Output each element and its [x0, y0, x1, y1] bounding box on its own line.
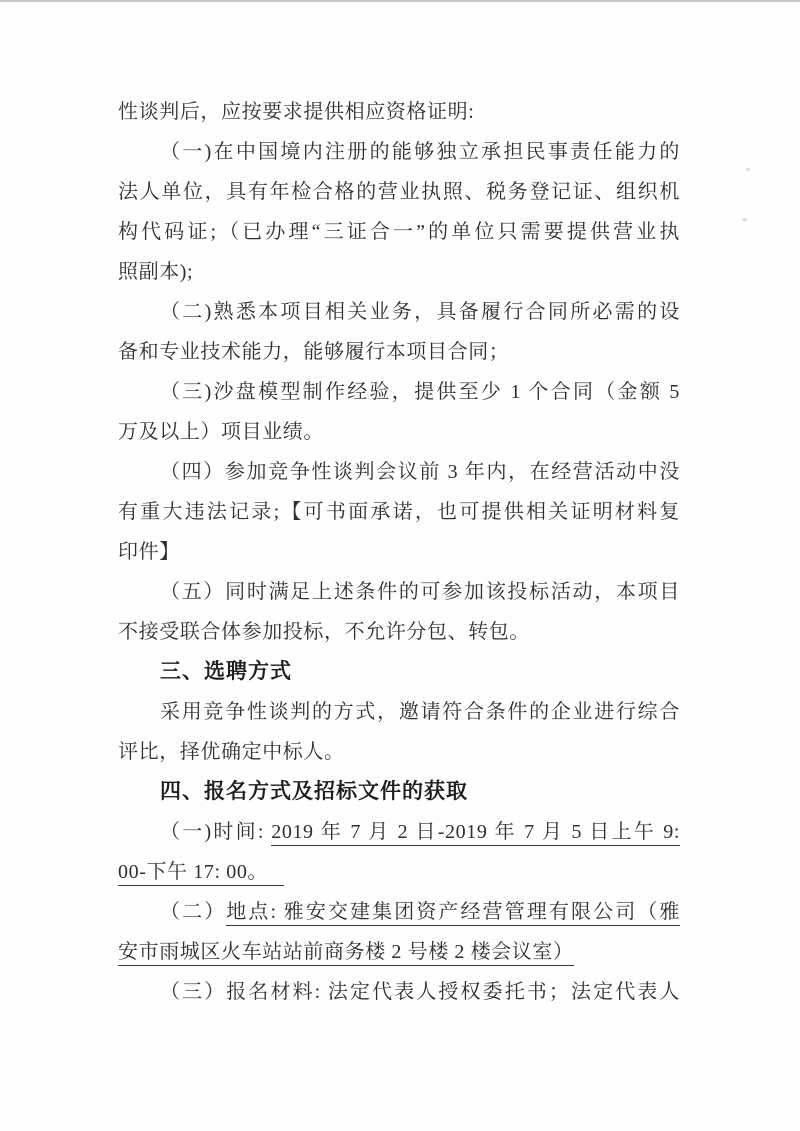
text-segment: （一)时间: [160, 821, 271, 843]
text-segment: （三)沙盘模型制作经验，提供至少 1 个合同（金额 5 [160, 381, 680, 403]
text-line: （二)熟悉本项目相关业务，具备履行合同所必需的设 [118, 292, 680, 332]
text-segment: 备和专业技术能力，能够履行本项目合同； [118, 341, 509, 363]
text-segment: 采用竞争性谈判的方式，邀请符合条件的企业进行综合 [160, 701, 680, 723]
document-body: 性谈判后，应按要求提供相应资格证明:（一)在中国境内注册的能够独立承担民事责任能… [118, 92, 680, 1012]
underlined-text-segment: 地点: 雅安交建集团资产经营管理有限公司（雅 [226, 901, 680, 926]
text-line: 万及以上）项目业绩。 [118, 412, 680, 452]
text-line: 00-下午 17: 00。 [118, 852, 680, 892]
text-segment: 法人单位，具有年检合格的营业执照、税务登记证、组织机 [118, 181, 680, 203]
text-segment: （一)在中国境内注册的能够独立承担民事责任能力的 [160, 141, 680, 163]
text-segment: 印件】 [118, 541, 180, 563]
text-line: 印件】 [118, 532, 680, 572]
underlined-text-segment: 2019 年 7 月 2 日-2019 年 7 月 5 日上午 9: [271, 821, 680, 846]
text-segment: （四）参加竞争性谈判会议前 3 年内，在经营活动中没 [160, 461, 680, 483]
text-line: （三)沙盘模型制作经验，提供至少 1 个合同（金额 5 [118, 372, 680, 412]
text-segment: 万及以上）项目业绩。 [118, 421, 324, 443]
text-segment: 四、报名方式及招标文件的获取 [160, 780, 468, 803]
text-line: （一)在中国境内注册的能够独立承担民事责任能力的 [118, 132, 680, 172]
section-heading: 四、报名方式及招标文件的获取 [118, 772, 680, 812]
text-line: 不接受联合体参加投标，不允许分包、转包。 [118, 612, 680, 652]
scan-speck [742, 218, 747, 221]
text-line: 法人单位，具有年检合格的营业执照、税务登记证、组织机 [118, 172, 680, 212]
text-line: （四）参加竞争性谈判会议前 3 年内，在经营活动中没 [118, 452, 680, 492]
text-segment: 照副本); [118, 261, 193, 283]
text-segment: 不接受联合体参加投标，不允许分包、转包。 [118, 621, 530, 643]
text-segment: 有重大违法记录;【可书面承诺，也可提供相关证明材料复 [118, 501, 680, 523]
text-line: 备和专业技术能力，能够履行本项目合同； [118, 332, 680, 372]
scan-speck [746, 168, 750, 171]
text-segment: （二)熟悉本项目相关业务，具备履行合同所必需的设 [160, 301, 680, 323]
text-line: 有重大违法记录;【可书面承诺，也可提供相关证明材料复 [118, 492, 680, 532]
text-segment: 构代码证;（已办理“三证合一”的单位只需要提供营业执 [118, 221, 680, 243]
text-line: 安市雨城区火车站站前商务楼 2 号楼 2 楼会议室） [118, 932, 680, 972]
text-segment: （三）报名材料: 法定代表人授权委托书；法定代表人 [160, 981, 680, 1003]
text-line: 评比，择优确定中标人。 [118, 732, 680, 772]
text-segment: 评比，择优确定中标人。 [118, 741, 345, 763]
text-line: 构代码证;（已办理“三证合一”的单位只需要提供营业执 [118, 212, 680, 252]
text-segment: （二） [160, 901, 226, 923]
text-line: （五）同时满足上述条件的可参加该投标活动，本项目 [118, 572, 680, 612]
text-line: （一)时间: 2019 年 7 月 2 日-2019 年 7 月 5 日上午 9… [118, 812, 680, 852]
text-segment: 三、选聘方式 [160, 660, 292, 683]
text-line: 采用竞争性谈判的方式，邀请符合条件的企业进行综合 [118, 692, 680, 732]
document-page: 性谈判后，应按要求提供相应资格证明:（一)在中国境内注册的能够独立承担民事责任能… [0, 0, 800, 1131]
text-line: 性谈判后，应按要求提供相应资格证明: [118, 92, 680, 132]
text-segment: （五）同时满足上述条件的可参加该投标活动，本项目 [160, 581, 680, 603]
scan-edge [0, 0, 800, 2]
text-line: （二）地点: 雅安交建集团资产经营管理有限公司（雅 [118, 892, 680, 932]
underlined-text-segment: 安市雨城区火车站站前商务楼 2 号楼 2 楼会议室） [118, 941, 574, 966]
section-heading: 三、选聘方式 [118, 652, 680, 692]
text-line: 照副本); [118, 252, 680, 292]
text-line: （三）报名材料: 法定代表人授权委托书；法定代表人 [118, 972, 680, 1012]
underlined-text-segment: 00-下午 17: 00。 [118, 861, 284, 886]
text-segment: 性谈判后，应按要求提供相应资格证明: [118, 101, 474, 123]
